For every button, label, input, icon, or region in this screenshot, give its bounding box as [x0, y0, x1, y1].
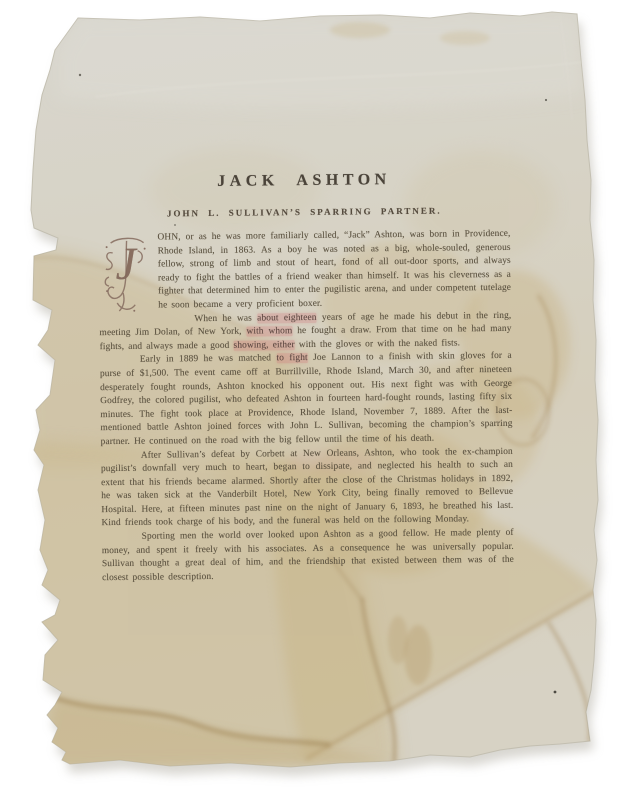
ornamental-initial-icon: J	[100, 233, 151, 314]
text-segment: Joe Lannon to a finish with skin gloves …	[100, 351, 513, 447]
ornamental-initial: J	[100, 233, 151, 314]
stain-blob	[440, 31, 490, 45]
paragraph: When he was about eighteen years of age …	[99, 309, 511, 354]
text-segment: When he was	[194, 313, 257, 324]
paragraph: After Sullivan’s defeat by Corbett at Ne…	[101, 445, 514, 531]
paragraph: Early in 1889 he was matched to fight Jo…	[100, 350, 513, 449]
article: JACK ASHTON JOHN L. SULLIVAN’S SPARRING …	[98, 170, 514, 586]
text-segment: OHN, or as he was more familiarly called…	[157, 229, 511, 311]
stain-blob	[57, 14, 584, 108]
red-marked-text: with whom	[246, 326, 292, 336]
red-marked-text: about eighteen	[257, 312, 317, 323]
paper-speck	[545, 99, 547, 101]
red-marked-text: showing, either	[233, 340, 294, 351]
paragraph: Sporting men the world over looked upon …	[102, 527, 515, 586]
page-title: JACK ASHTON	[98, 170, 510, 192]
stain-blob	[330, 22, 390, 38]
text-segment: with the gloves or with the naked fists.	[295, 338, 460, 350]
paper-speck	[79, 74, 81, 76]
text-segment: After Sullivan’s defeat by Corbett at Ne…	[101, 446, 514, 528]
paragraph: J OHN, or as he was more familiarly call…	[98, 228, 511, 314]
text-segment: Sporting men the world over looked upon …	[102, 528, 514, 583]
article-body: J OHN, or as he was more familiarly call…	[98, 228, 514, 586]
text-segment: Early in 1889 he was matched	[140, 354, 277, 365]
paper-speck	[554, 691, 557, 694]
photograph-background: JACK ASHTON JOHN L. SULLIVAN’S SPARRING …	[0, 0, 625, 800]
page-subtitle: JOHN L. SULLIVAN’S SPARRING PARTNER.	[98, 205, 510, 219]
red-marked-text: to fight	[276, 353, 307, 363]
drop-cap-letter: J	[115, 238, 139, 289]
stain-blob	[404, 625, 432, 685]
stain-blob	[388, 616, 408, 664]
